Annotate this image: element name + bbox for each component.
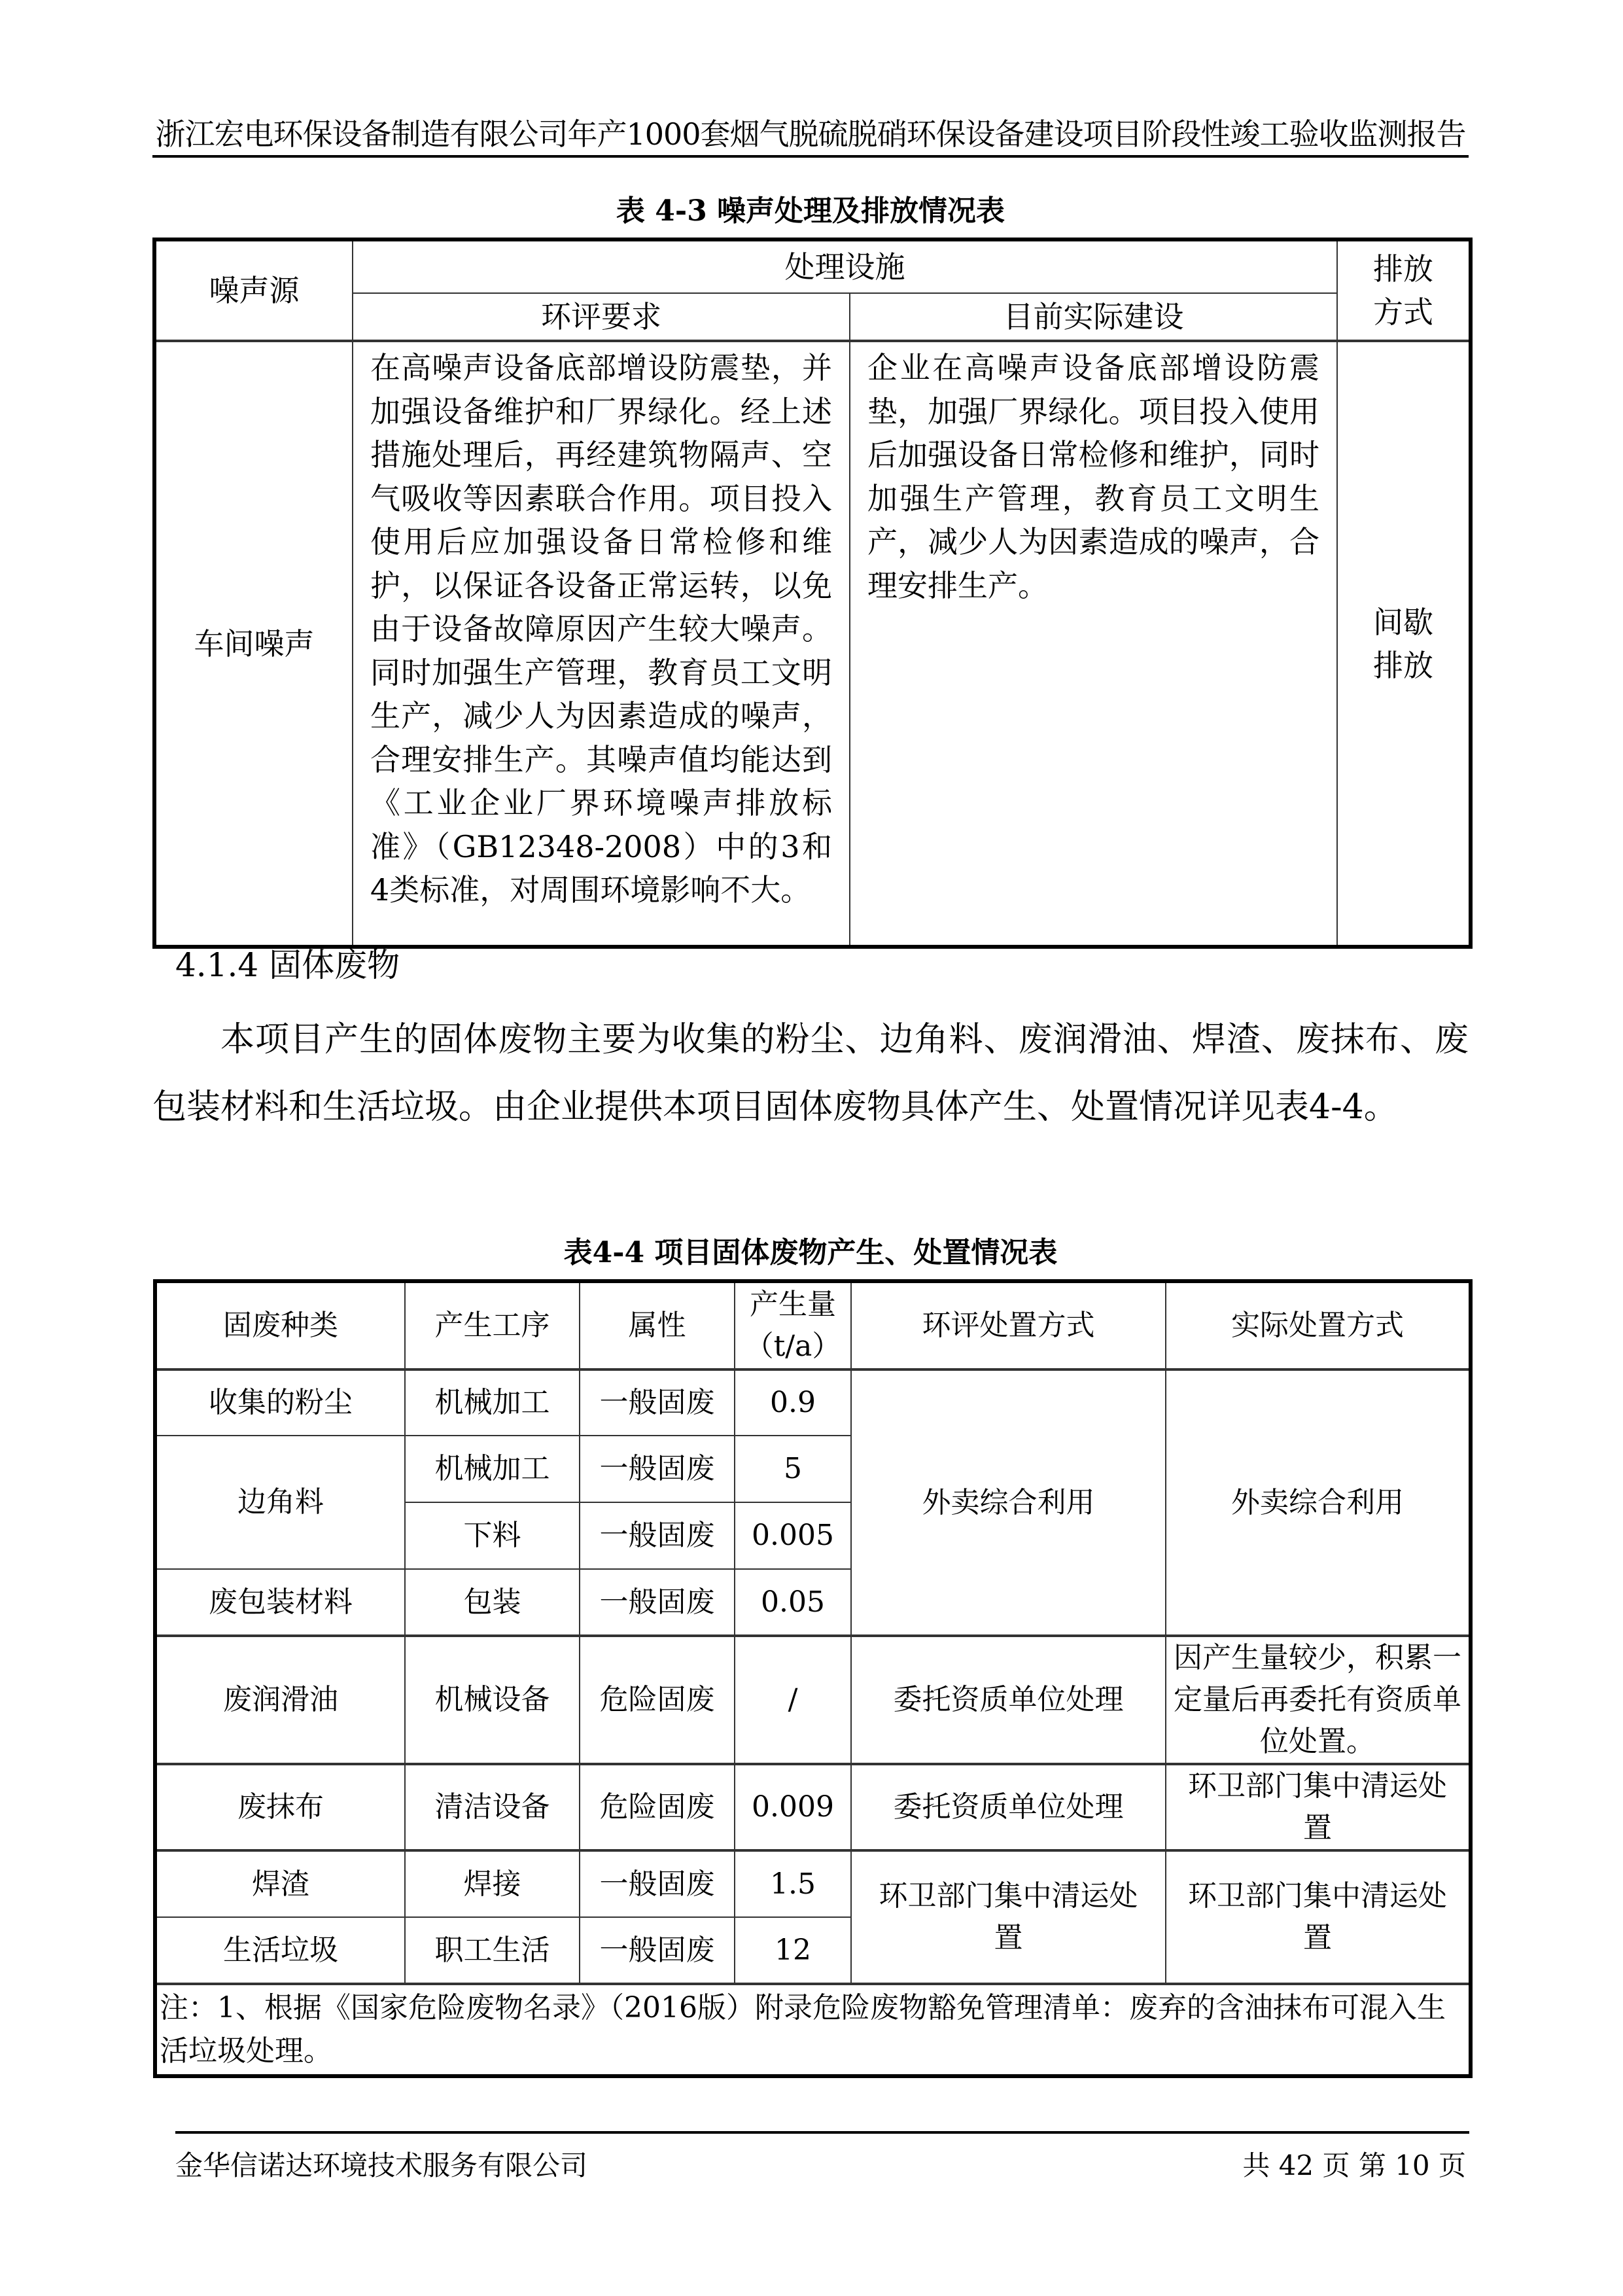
- table-row: 废抹布 清洁设备 危险固废 0.009 委托资质单位处理 环卫部门集中清运处置: [155, 1764, 1471, 1850]
- table-note: 注：1、根据《国家危险废物名录》（2016版）附录危险废物豁免管理清单：废弃的含…: [155, 1984, 1471, 2076]
- cell-process: 下料: [405, 1502, 580, 1569]
- cell-amount: 1.5: [735, 1850, 851, 1917]
- cell-eia-disposal: 委托资质单位处理: [851, 1636, 1166, 1764]
- header-eia-requirement: 环评要求: [353, 293, 850, 341]
- cell-type: 废抹布: [155, 1764, 405, 1850]
- report-header-title: 浙江宏电环保设备制造有限公司年产1000套烟气脱硫脱硝环保设备建设项目阶段性竣工…: [152, 115, 1469, 154]
- table-row: 收集的粉尘 机械加工 一般固废 0.9 外卖综合利用 外卖综合利用: [155, 1369, 1471, 1436]
- cell-amount: 0.9: [735, 1369, 851, 1436]
- cell-noise-source: 车间噪声: [154, 341, 353, 947]
- footer-divider: [175, 2131, 1469, 2134]
- cell-amount: 0.009: [735, 1764, 851, 1850]
- header-noise-source: 噪声源: [154, 239, 353, 341]
- header-process: 产生工序: [405, 1281, 580, 1369]
- cell-attribute: 一般固废: [580, 1502, 735, 1569]
- cell-actual-disposal: 环卫部门集中清运处置: [1166, 1764, 1471, 1850]
- header-attribute: 属性: [580, 1281, 735, 1369]
- noise-treatment-table: 噪声源 处理设施 排放方式 环评要求 目前实际建设 车间噪声 在高噪声设备底部增…: [152, 238, 1473, 949]
- cell-process: 机械设备: [405, 1636, 580, 1764]
- cell-amount: 12: [735, 1917, 851, 1984]
- cell-discharge-mode: 间歇排放: [1337, 341, 1471, 947]
- cell-amount: 0.005: [735, 1502, 851, 1569]
- cell-discharge-mode-text: 间歇排放: [1370, 601, 1436, 687]
- table-row: 焊渣 焊接 一般固废 1.5 环卫部门集中清运处置 环卫部门集中清运处置: [155, 1850, 1471, 1917]
- cell-actual-disposal-merged: 环卫部门集中清运处置: [1166, 1850, 1471, 1984]
- section-heading-solid-waste: 4.1.4 固体废物: [175, 942, 400, 988]
- section-paragraph: 本项目产生的固体废物主要为收集的粉尘、边角料、废润滑油、焊渣、废抹布、废包装材料…: [152, 1006, 1469, 1141]
- table-4-3-caption: 表 4-3 噪声处理及排放情况表: [152, 193, 1469, 230]
- cell-attribute: 危险固废: [580, 1636, 735, 1764]
- table-note-row: 注：1、根据《国家危险废物名录》（2016版）附录危险废物豁免管理清单：废弃的含…: [155, 1984, 1471, 2076]
- cell-attribute: 一般固废: [580, 1917, 735, 1984]
- header-waste-type: 固废种类: [155, 1281, 405, 1369]
- cell-type: 废包装材料: [155, 1569, 405, 1636]
- header-eia-disposal: 环评处置方式: [851, 1281, 1166, 1369]
- cell-eia-disposal: 委托资质单位处理: [851, 1764, 1166, 1850]
- cell-type: 生活垃圾: [155, 1917, 405, 1984]
- cell-attribute: 一般固废: [580, 1436, 735, 1502]
- footer-page-info: 共 42 页 第 10 页: [1242, 2149, 1466, 2182]
- table-4-4-caption: 表4-4 项目固体废物产生、处置情况表: [152, 1235, 1469, 1271]
- cell-attribute: 一般固废: [580, 1569, 735, 1636]
- cell-amount: /: [735, 1636, 851, 1764]
- solid-waste-table: 固废种类 产生工序 属性 产生量（t/a） 环评处置方式 实际处置方式 收集的粉…: [153, 1279, 1473, 2078]
- cell-eia-disposal-merged: 环卫部门集中清运处置: [851, 1850, 1166, 1984]
- cell-process: 焊接: [405, 1850, 580, 1917]
- header-divider: [152, 155, 1469, 158]
- header-discharge-mode: 排放方式: [1337, 239, 1471, 341]
- table-row: 车间噪声 在高噪声设备底部增设防震垫，并加强设备维护和厂界绿化。经上述措施处理后…: [154, 341, 1471, 947]
- cell-process: 机械加工: [405, 1369, 580, 1436]
- cell-actual-disposal: 因产生量较少，积累一定量后再委托有资质单位处置。: [1166, 1636, 1471, 1764]
- header-amount: 产生量（t/a）: [735, 1281, 851, 1369]
- header-actual-disposal: 实际处置方式: [1166, 1281, 1471, 1369]
- cell-actual-disposal-merged: 外卖综合利用: [1166, 1369, 1471, 1636]
- cell-process: 清洁设备: [405, 1764, 580, 1850]
- cell-type: 废润滑油: [155, 1636, 405, 1764]
- cell-type: 收集的粉尘: [155, 1369, 405, 1436]
- cell-attribute: 一般固废: [580, 1369, 735, 1436]
- cell-process: 机械加工: [405, 1436, 580, 1502]
- cell-attribute: 一般固废: [580, 1850, 735, 1917]
- cell-type: 边角料: [155, 1436, 405, 1569]
- cell-eia-requirement: 在高噪声设备底部增设防震垫，并加强设备维护和厂界绿化。经上述措施处理后，再经建筑…: [353, 341, 850, 947]
- cell-process: 包装: [405, 1569, 580, 1636]
- header-discharge-mode-text: 排放方式: [1370, 247, 1436, 334]
- cell-type: 焊渣: [155, 1850, 405, 1917]
- cell-amount: 0.05: [735, 1569, 851, 1636]
- footer-company: 金华信诺达环境技术服务有限公司: [175, 2149, 587, 2182]
- cell-attribute: 危险固废: [580, 1764, 735, 1850]
- cell-amount: 5: [735, 1436, 851, 1502]
- header-actual-construction: 目前实际建设: [850, 293, 1337, 341]
- header-facilities: 处理设施: [353, 239, 1337, 293]
- table-row: 废润滑油 机械设备 危险固废 / 委托资质单位处理 因产生量较少，积累一定量后再…: [155, 1636, 1471, 1764]
- cell-process: 职工生活: [405, 1917, 580, 1984]
- cell-eia-disposal-merged: 外卖综合利用: [851, 1369, 1166, 1636]
- cell-actual-construction: 企业在高噪声设备底部增设防震垫，加强厂界绿化。项目投入使用后加强设备日常检修和维…: [850, 341, 1337, 947]
